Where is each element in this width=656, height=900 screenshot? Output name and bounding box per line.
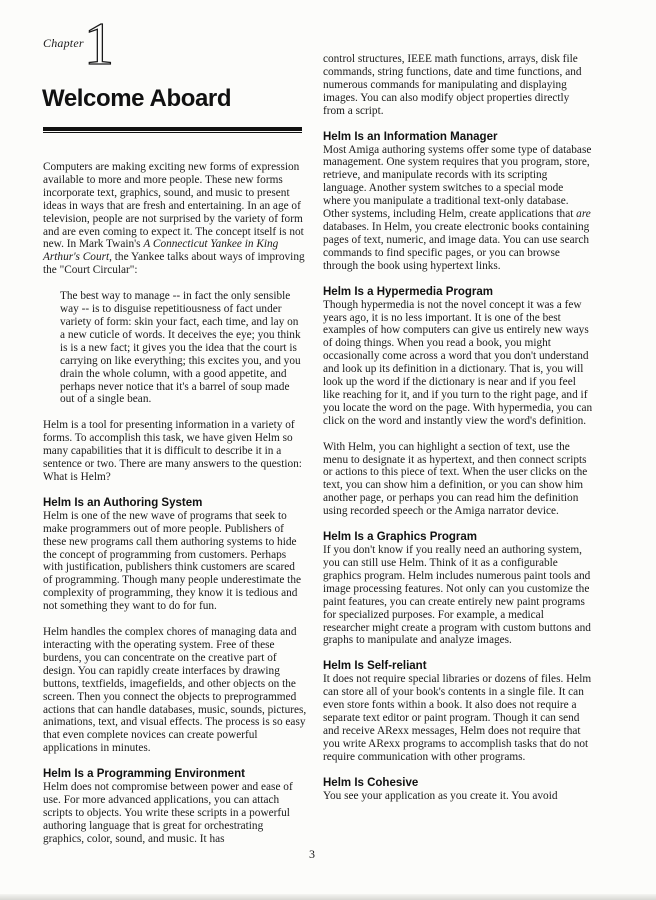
section-heading-authoring: Helm Is an Authoring System — [43, 497, 307, 510]
section-paragraph: It does not require special libraries or… — [323, 673, 593, 763]
chapter-title: Welcome Aboard — [42, 85, 231, 113]
left-column: Computers are making exciting new forms … — [43, 161, 307, 859]
intro-paragraph-2: Helm is a tool for presenting informatio… — [43, 419, 307, 484]
info-text: Most Amiga authoring systems offer some … — [323, 144, 591, 221]
chapter-number: 1 — [84, 14, 114, 74]
page-edge-shadow — [0, 894, 656, 900]
title-rule-thick — [43, 127, 302, 131]
book-page: Chapter 1 Welcome Aboard Computers are m… — [0, 0, 656, 900]
chapter-label: Chapter — [43, 36, 84, 51]
section-heading-cohesive: Helm Is Cohesive — [323, 777, 593, 790]
section-heading-hypermedia: Helm Is a Hypermedia Program — [323, 286, 593, 299]
section-paragraph: Most Amiga authoring systems offer some … — [323, 144, 593, 273]
section-heading-programming: Helm Is a Programming Environment — [43, 768, 307, 781]
section-paragraph: You see your application as you create i… — [323, 790, 593, 803]
right-column: control structures, IEEE math functions,… — [323, 53, 593, 816]
section-paragraph: Though hypermedia is not the novel conce… — [323, 299, 593, 428]
section-heading-graphics: Helm Is a Graphics Program — [323, 531, 593, 544]
emphasis-are: are — [576, 208, 591, 220]
section-paragraph: If you don't know if you really need an … — [323, 544, 593, 647]
section-heading-information-manager: Helm Is an Information Manager — [323, 131, 593, 144]
intro-text: Computers are making exciting new forms … — [43, 161, 304, 250]
continuation-paragraph: control structures, IEEE math functions,… — [323, 53, 593, 118]
section-paragraph: Helm does not compromise between power a… — [43, 781, 307, 846]
block-quote: The best way to manage -- in fact the on… — [60, 290, 303, 406]
section-heading-self-reliant: Helm Is Self-reliant — [323, 660, 593, 673]
section-paragraph: Helm handles the complex chores of manag… — [43, 626, 307, 755]
intro-paragraph-1: Computers are making exciting new forms … — [43, 161, 307, 277]
section-paragraph: With Helm, you can highlight a section o… — [323, 441, 593, 518]
title-rule-thin — [43, 132, 302, 133]
info-text-cont: databases. In Helm, you create electroni… — [323, 221, 589, 272]
page-number: 3 — [309, 847, 315, 862]
section-paragraph: Helm is one of the new wave of programs … — [43, 510, 307, 613]
